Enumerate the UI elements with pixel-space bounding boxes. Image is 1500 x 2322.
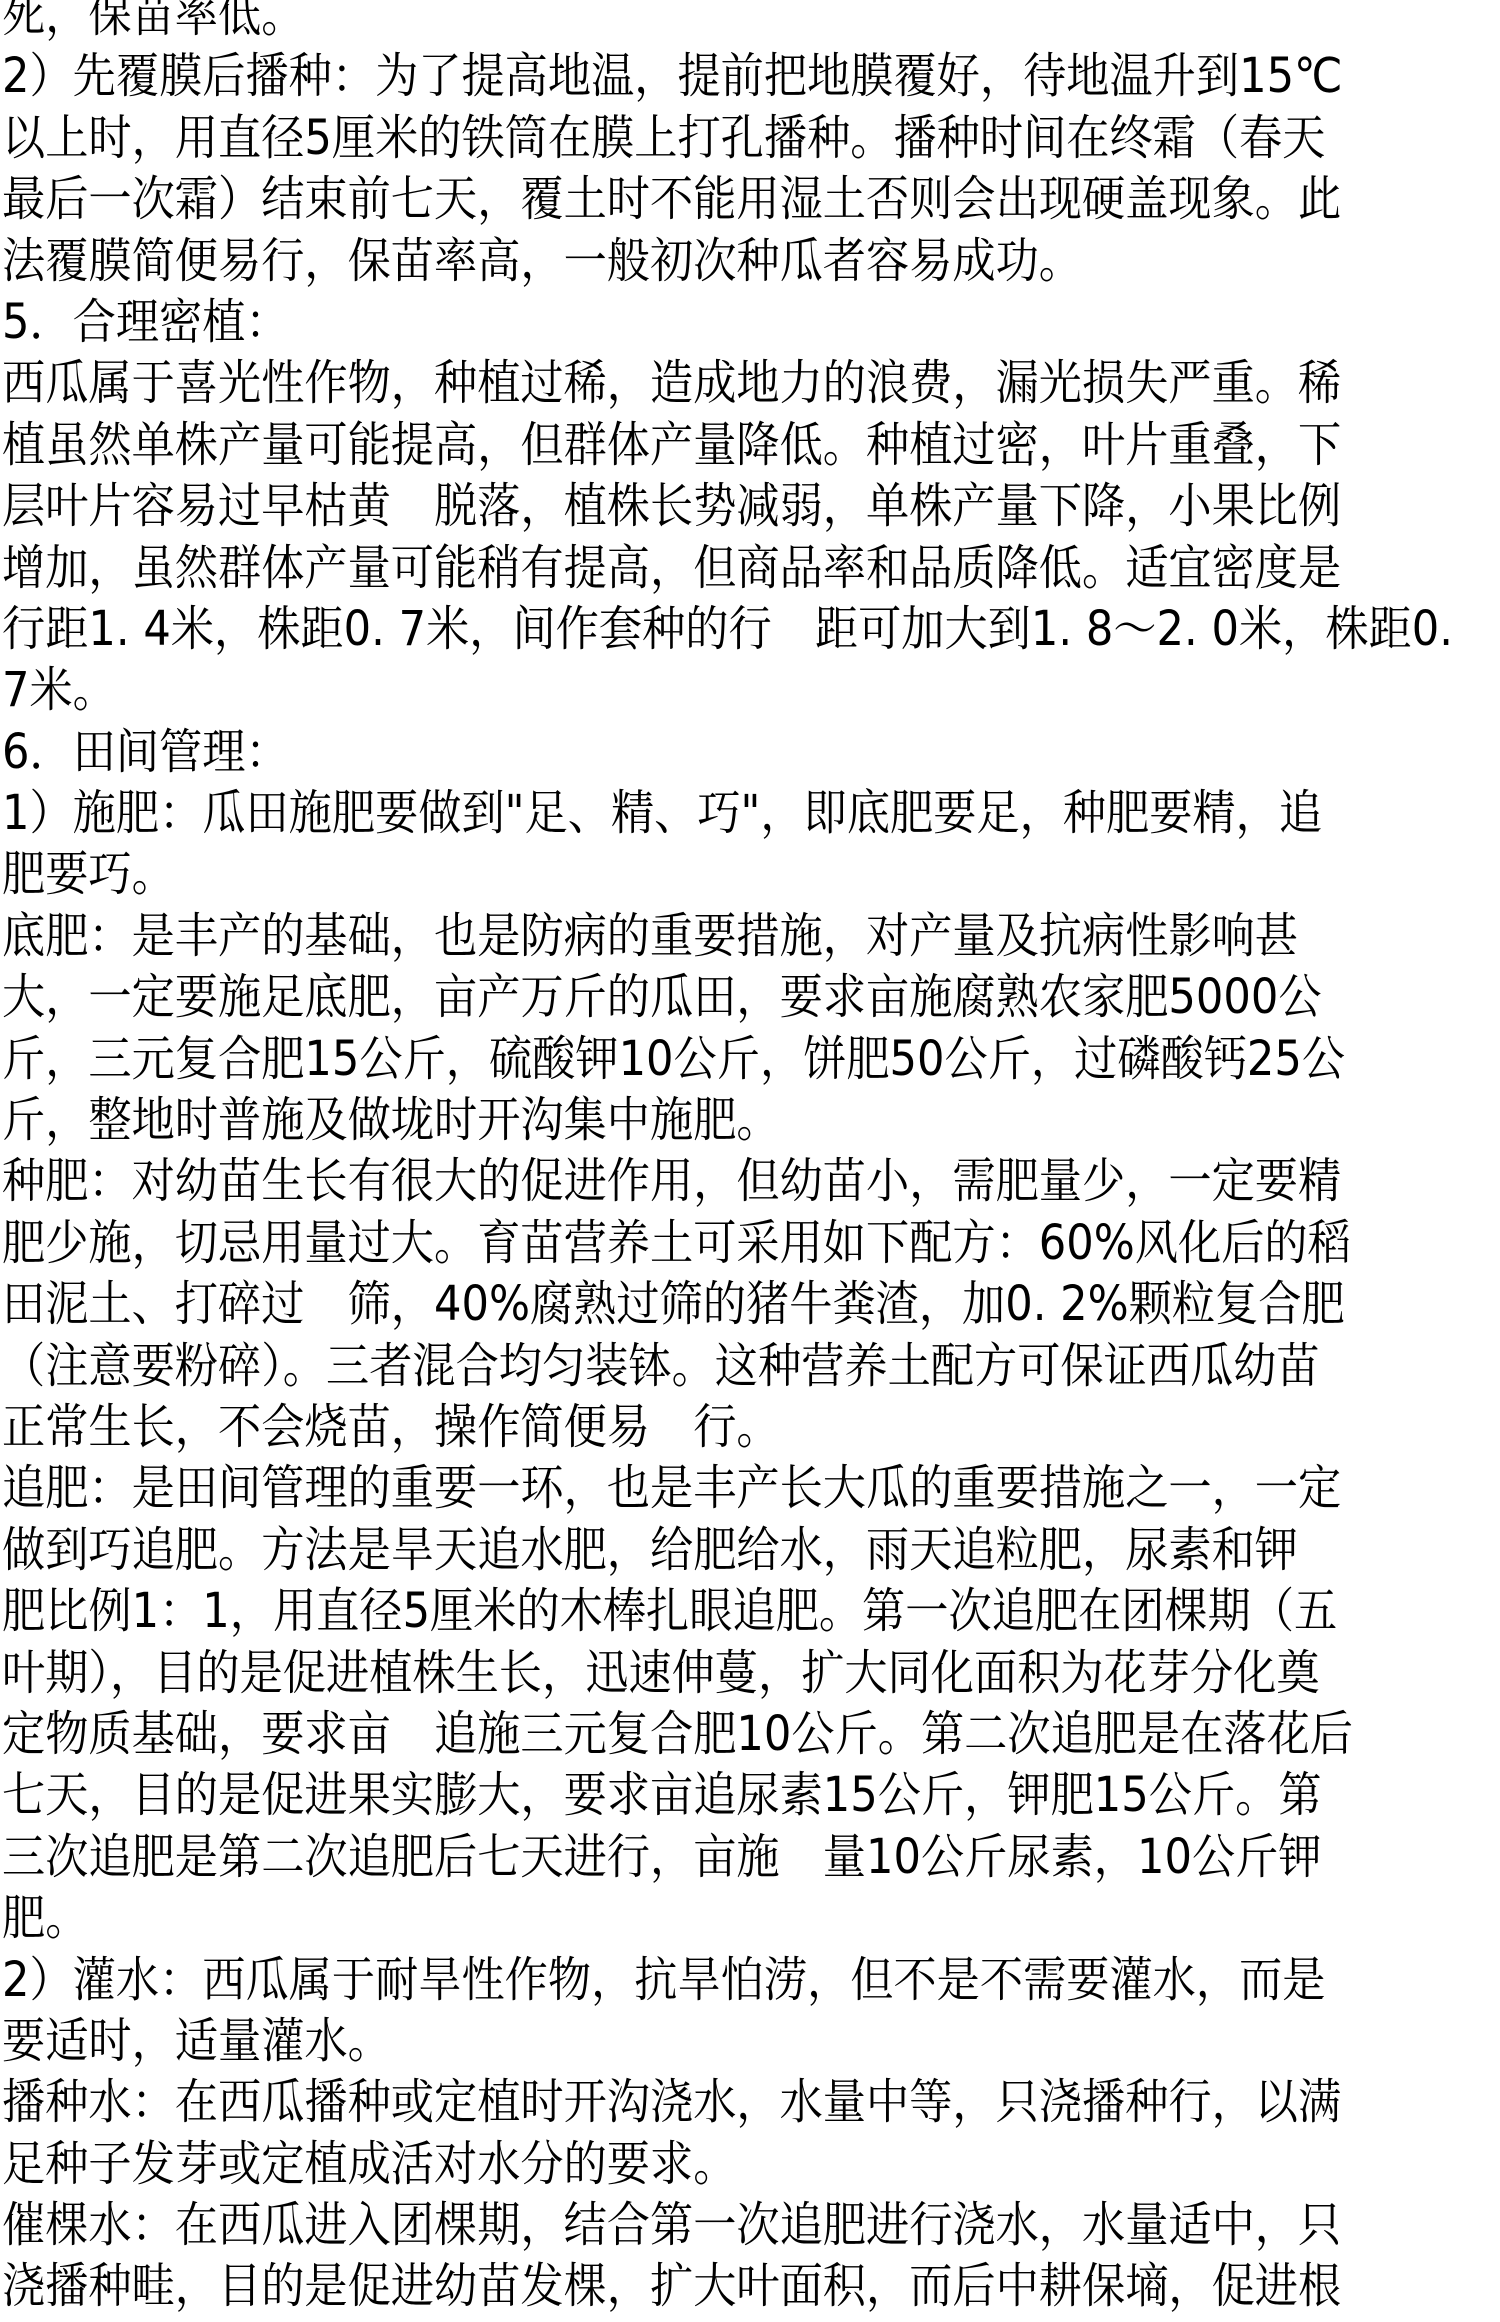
text-line: 2）先覆膜后播种：为了提高地温，提前把地膜覆好，待地温升到15℃ [2, 46, 1500, 107]
text-line: 肥。 [2, 1888, 1500, 1949]
text-line: 肥少施，切忌用量过大。育苗营养土可采用如下配方：60%风化后的稻 [2, 1213, 1500, 1274]
text-line: 叶期），目的是促进植株生长，迅速伸蔓，扩大同化面积为花芽分化奠 [2, 1643, 1500, 1704]
text-line: 浇播种畦，目的是促进幼苗发棵，扩大叶面积，而后中耕保墒，促进根 [2, 2256, 1500, 2317]
document-page: 死，保苗率低。2）先覆膜后播种：为了提高地温，提前把地膜覆好，待地温升到15℃以… [0, 0, 1500, 2322]
text-line: 2）灌水：西瓜属于耐旱性作物，抗旱怕涝，但不是不需要灌水，而是 [2, 1950, 1500, 2011]
text-line: 定物质基础，要求亩 追施三元复合肥10公斤。第二次追肥是在落花后 [2, 1704, 1500, 1765]
text-line: 足种子发芽或定植成活对水分的要求。 [2, 2134, 1500, 2195]
text-line: 死，保苗率低。 [2, 0, 1500, 46]
text-line: 1）施肥：瓜田施肥要做到"足、精、巧"，即底肥要足，种肥要精，追 [2, 783, 1500, 844]
text-line: 播种水：在西瓜播种或定植时开沟浇水，水量中等，只浇播种行，以满 [2, 2072, 1500, 2133]
text-line: 肥要巧。 [2, 844, 1500, 905]
text-line: 西瓜属于喜光性作物，种植过稀，造成地力的浪费，漏光损失严重。稀 [2, 353, 1500, 414]
text-line: 催棵水：在西瓜进入团棵期，结合第一次追肥进行浇水，水量适中，只 [2, 2195, 1500, 2256]
text-line: 法覆膜简便易行，保苗率高，一般初次种瓜者容易成功。 [2, 231, 1500, 292]
text-line: 植虽然单株产量可能提高，但群体产量降低。种植过密，叶片重叠，下 [2, 415, 1500, 476]
text-line: 最后一次霜）结束前七天，覆土时不能用湿土否则会出现硬盖现象。此 [2, 169, 1500, 230]
text-line: 要适时，适量灌水。 [2, 2011, 1500, 2072]
text-line: 底肥：是丰产的基础，也是防病的重要措施，对产量及抗病性影响甚 [2, 906, 1500, 967]
text-line: 七天，目的是促进果实膨大，要求亩追尿素15公斤，钾肥15公斤。第 [2, 1765, 1500, 1826]
text-line: 以上时，用直径5厘米的铁筒在膜上打孔播种。播种时间在终霜（春天 [2, 108, 1500, 169]
text-line: 斤，三元复合肥15公斤，硫酸钾10公斤，饼肥50公斤，过磷酸钙25公 [2, 1029, 1500, 1090]
text-line: 三次追肥是第二次追肥后七天进行，亩施 量10公斤尿素，10公斤钾 [2, 1827, 1500, 1888]
text-line: 增加，虽然群体产量可能稍有提高，但商品率和品质降低。适宜密度是 [2, 538, 1500, 599]
text-line: 7米。 [2, 660, 1500, 721]
text-line: 5．合理密植： [2, 292, 1500, 353]
text-line: 大，一定要施足底肥，亩产万斤的瓜田，要求亩施腐熟农家肥5000公 [2, 967, 1500, 1028]
text-line: 田泥土、打碎过 筛，40%腐熟过筛的猪牛粪渣，加0. 2%颗粒复合肥 [2, 1274, 1500, 1335]
text-line: 斤，整地时普施及做垅时开沟集中施肥。 [2, 1090, 1500, 1151]
text-line: 正常生长，不会烧苗，操作简便易 行。 [2, 1397, 1500, 1458]
text-line: 行距1. 4米，株距0. 7米，间作套种的行 距可加大到1. 8～2. 0米，株… [2, 599, 1500, 660]
text-line: 肥比例1：1，用直径5厘米的木棒扎眼追肥。第一次追肥在团棵期（五 [2, 1581, 1500, 1642]
text-line: （注意要粉碎）。三者混合均匀装钵。这种营养土配方可保证西瓜幼苗 [2, 1336, 1500, 1397]
text-line: 6．田间管理： [2, 722, 1500, 783]
text-line: 层叶片容易过早枯黄 脱落，植株长势减弱，单株产量下降，小果比例 [2, 476, 1500, 537]
text-line: 追肥：是田间管理的重要一环，也是丰产长大瓜的重要措施之一，一定 [2, 1458, 1500, 1519]
text-line: 种肥：对幼苗生长有很大的促进作用，但幼苗小，需肥量少，一定要精 [2, 1151, 1500, 1212]
document-text: 死，保苗率低。2）先覆膜后播种：为了提高地温，提前把地膜覆好，待地温升到15℃以… [2, 0, 1500, 2318]
text-line: 做到巧追肥。方法是旱天追水肥，给肥给水，雨天追粒肥，尿素和钾 [2, 1520, 1500, 1581]
